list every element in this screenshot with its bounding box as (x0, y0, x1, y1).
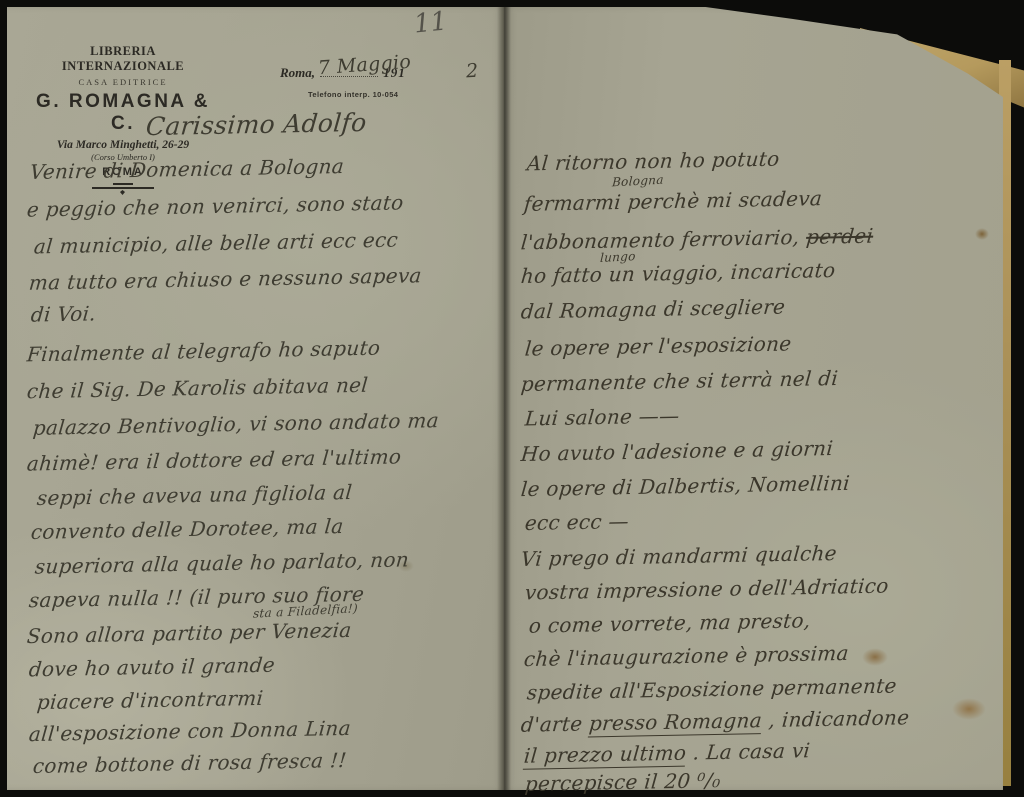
handwritten-line: percepisce il 20 ⁰/₀ (524, 768, 722, 796)
handwritten-line: piacere d'incontrarmi (36, 686, 264, 714)
handwritten-line: Lui salone —— (524, 403, 681, 430)
center-fold-shadow (497, 7, 511, 790)
struck-word: perdei (805, 224, 874, 249)
letterhead-phone: Telefono interp. 10-054 (308, 90, 398, 99)
underlined-segment: il prezzo ultimo (523, 741, 688, 770)
handwritten-insert: Bologna (612, 173, 664, 190)
dateline: Roma, 191 7 Maggio 2 Telefono interp. 10… (280, 62, 500, 81)
handwritten-line: Al ritorno non ho potuto (526, 147, 781, 176)
letterhead-address: Via Marco Minghetti, 26-29 (28, 139, 218, 151)
handwritten-segment: d'arte (520, 711, 590, 736)
letterhead-line1: LIBRERIA INTERNAZIONALE (28, 44, 218, 74)
handwritten-segment: . La casa vi (685, 738, 811, 764)
scanned-letter: 11 LIBRERIA INTERNAZIONALE CASA EDITRICE… (0, 0, 1024, 797)
handwritten-insert: lungo (600, 249, 636, 265)
underlined-segment: presso Romagna (588, 708, 763, 737)
letterhead-ornament (92, 183, 154, 193)
page-number: 11 (413, 6, 449, 39)
greeting-line: Carissimo Adolfo (145, 108, 368, 141)
dateline-city: Roma, (280, 65, 315, 80)
letterhead-line2: CASA EDITRICE (28, 77, 218, 87)
handwritten-segment: , indicandone (761, 705, 910, 732)
handwritten-line: dove ho avuto il grande (28, 653, 276, 682)
handwritten-line: ecc ecc — (524, 509, 630, 535)
handwritten-line: dal Romagna di scegliere (520, 294, 786, 323)
handwritten-year-digit: 2 (465, 60, 479, 83)
letter-right-page (504, 7, 1008, 790)
handwritten-line: di Voi. (30, 301, 97, 326)
